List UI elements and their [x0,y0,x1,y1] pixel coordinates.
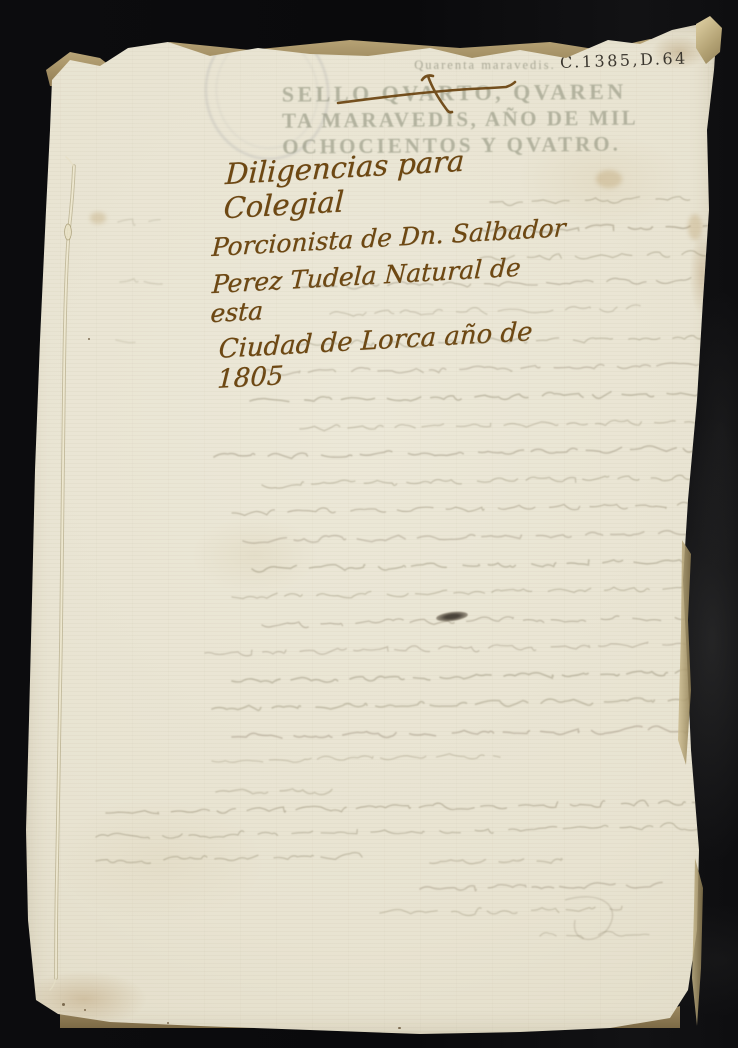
title-line-4: Ciudad de Lorca año de 1805 [216,315,566,395]
tax-stamp-line: SELLO QVARTO, QVAREN [282,78,682,107]
manuscript-page: ✠ Quarenta maravedis. SELLO QVARTO, QVAR… [24,24,716,1036]
ink-speck [84,1009,86,1011]
tax-stamp-small-text: Quarenta maravedis. [395,58,575,73]
foxing-stain [596,170,622,188]
foxing-stain [688,214,702,240]
manuscript-photo-stage: ✠ Quarenta maravedis. SELLO QVARTO, QVAR… [0,0,738,1048]
document-title-handwritten: Diligencias para Colegial Porcionista de… [204,137,575,395]
ink-speck [62,1003,65,1006]
title-line-3: Perez Tudela Natural de esta [210,250,570,328]
ink-speck [167,1022,169,1024]
tax-stamp-line: TA MARAVEDIS, AÑO DE MIL [282,104,682,133]
foxing-stain [90,212,106,224]
ink-smudge [436,610,469,623]
ink-speck [398,1027,401,1029]
ink-speck [88,338,90,340]
